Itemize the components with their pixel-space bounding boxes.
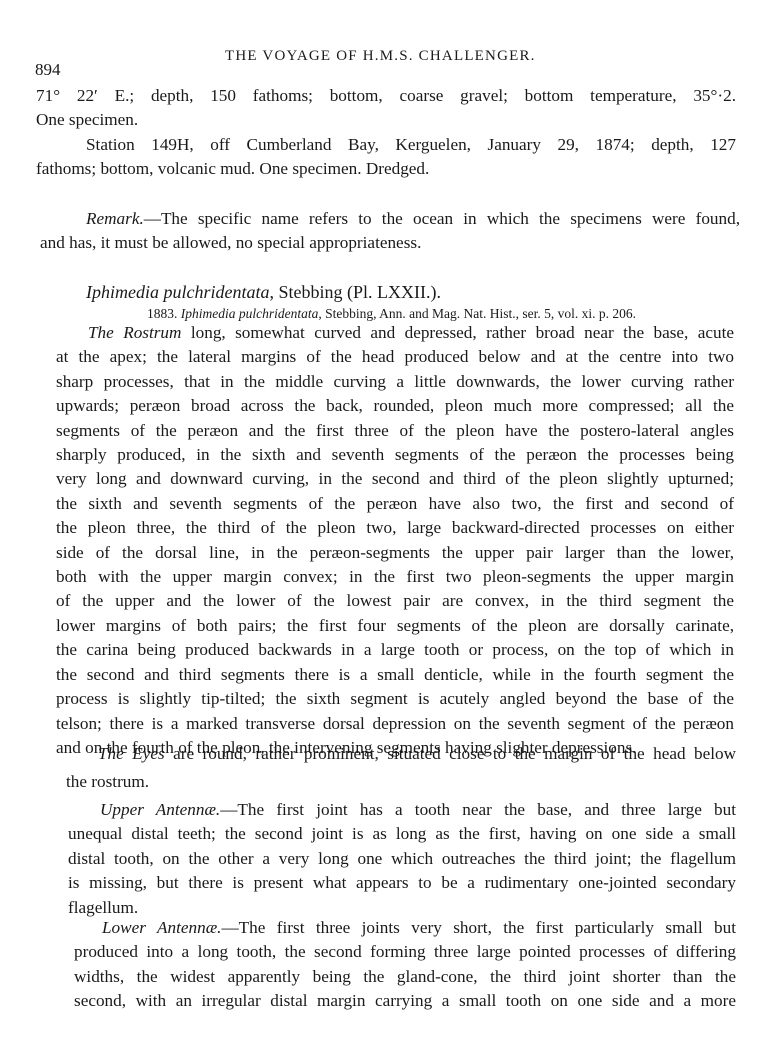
text-line: segments of the peræon and the first thr… bbox=[56, 419, 734, 443]
running-head: THE VOYAGE OF H.M.S. CHALLENGER. bbox=[225, 48, 536, 65]
synonym-year: 1883. bbox=[147, 306, 177, 321]
text-line: the rostrum. bbox=[66, 770, 736, 794]
text-line: the carina being produced backwards in a… bbox=[56, 638, 734, 662]
text-line: at the apex; the lateral margins of the … bbox=[56, 345, 734, 369]
page-number: 894 bbox=[35, 60, 61, 80]
eyes-label: The Eyes bbox=[98, 744, 165, 763]
synonymy-line: 1883. Iphimedia pulchridentata, Stebbing… bbox=[147, 306, 636, 322]
text-line: side of the dorsal line, in the peræon-s… bbox=[56, 541, 734, 565]
text-line: 71° 22′ E.; depth, 150 fathoms; bottom, … bbox=[36, 84, 736, 108]
species-name: Iphimedia pulchridentata bbox=[86, 282, 269, 302]
text-line: the sixth and seventh segments of the pe… bbox=[56, 492, 734, 516]
station-paragraph: 71° 22′ E.; depth, 150 fathoms; bottom, … bbox=[36, 84, 736, 182]
text-line: lower margins of both pairs; the first f… bbox=[56, 614, 734, 638]
synonym-name: Iphimedia pulchridentata bbox=[181, 306, 319, 321]
text-line: The Rostrum long, somewhat curved and de… bbox=[56, 321, 734, 345]
synonym-reference: , Stebbing, Ann. and Mag. Nat. Hist., se… bbox=[318, 306, 636, 321]
text-line: and has, it must be allowed, no special … bbox=[40, 231, 740, 255]
text-line: telson; there is a marked transverse dor… bbox=[56, 712, 734, 736]
text-line: sharply produced, in the sixth and seven… bbox=[56, 443, 734, 467]
text-line: Upper Antennæ.—The first joint has a too… bbox=[68, 798, 736, 822]
text-line: widths, the widest apparently being the … bbox=[74, 965, 736, 989]
text-line: process is slightly tip-tilted; the sixt… bbox=[56, 687, 734, 711]
lower-antennae-label: Lower Antennæ. bbox=[102, 918, 221, 937]
text-line: the pleon three, the third of the pleon … bbox=[56, 516, 734, 540]
text-line: upwards; peræon broad across the back, r… bbox=[56, 394, 734, 418]
species-author-plate: , Stebbing (Pl. LXXII.). bbox=[269, 282, 440, 302]
text-line: sharp processes, that in the middle curv… bbox=[56, 370, 734, 394]
text-line: fathoms; bottom, volcanic mud. One speci… bbox=[36, 157, 736, 181]
upper-antennae-label: Upper Antennæ. bbox=[100, 800, 220, 819]
upper-antennae-paragraph: Upper Antennæ.—The first joint has a too… bbox=[68, 798, 736, 920]
species-heading: Iphimedia pulchridentata, Stebbing (Pl. … bbox=[86, 282, 441, 303]
text-line: is missing, but there is present what ap… bbox=[68, 871, 736, 895]
text-line: of the upper and the lower of the lowest… bbox=[56, 589, 734, 613]
text-line: both with the upper margin convex; in th… bbox=[56, 565, 734, 589]
text-line: The Eyes are round, rather prominent, si… bbox=[66, 742, 736, 766]
text-line: very long and downward curving, in the s… bbox=[56, 467, 734, 491]
eyes-paragraph: The Eyes are round, rather prominent, si… bbox=[66, 742, 736, 795]
text-line: unequal distal teeth; the second joint i… bbox=[68, 822, 736, 846]
text-line: Lower Antennæ.—The first three joints ve… bbox=[74, 916, 736, 940]
lower-antennae-paragraph: Lower Antennæ.—The first three joints ve… bbox=[74, 916, 736, 1014]
text-line: produced into a long tooth, the second f… bbox=[74, 940, 736, 964]
rostrum-paragraph: The Rostrum long, somewhat curved and de… bbox=[56, 321, 734, 760]
text-line: Station 149H, off Cumberland Bay, Kergue… bbox=[36, 133, 736, 157]
text-line: second, with an irregular distal margin … bbox=[74, 989, 736, 1013]
text-line: the second and third segments there is a… bbox=[56, 663, 734, 687]
text-line: One specimen. bbox=[36, 108, 736, 132]
remark-label: Remark. bbox=[86, 209, 144, 228]
text-line: distal tooth, on the other a very long o… bbox=[68, 847, 736, 871]
remark-paragraph: Remark.—The specific name refers to the … bbox=[40, 207, 740, 256]
text-line: Remark.—The specific name refers to the … bbox=[40, 207, 740, 231]
rostrum-label: The Rostrum bbox=[88, 323, 181, 342]
